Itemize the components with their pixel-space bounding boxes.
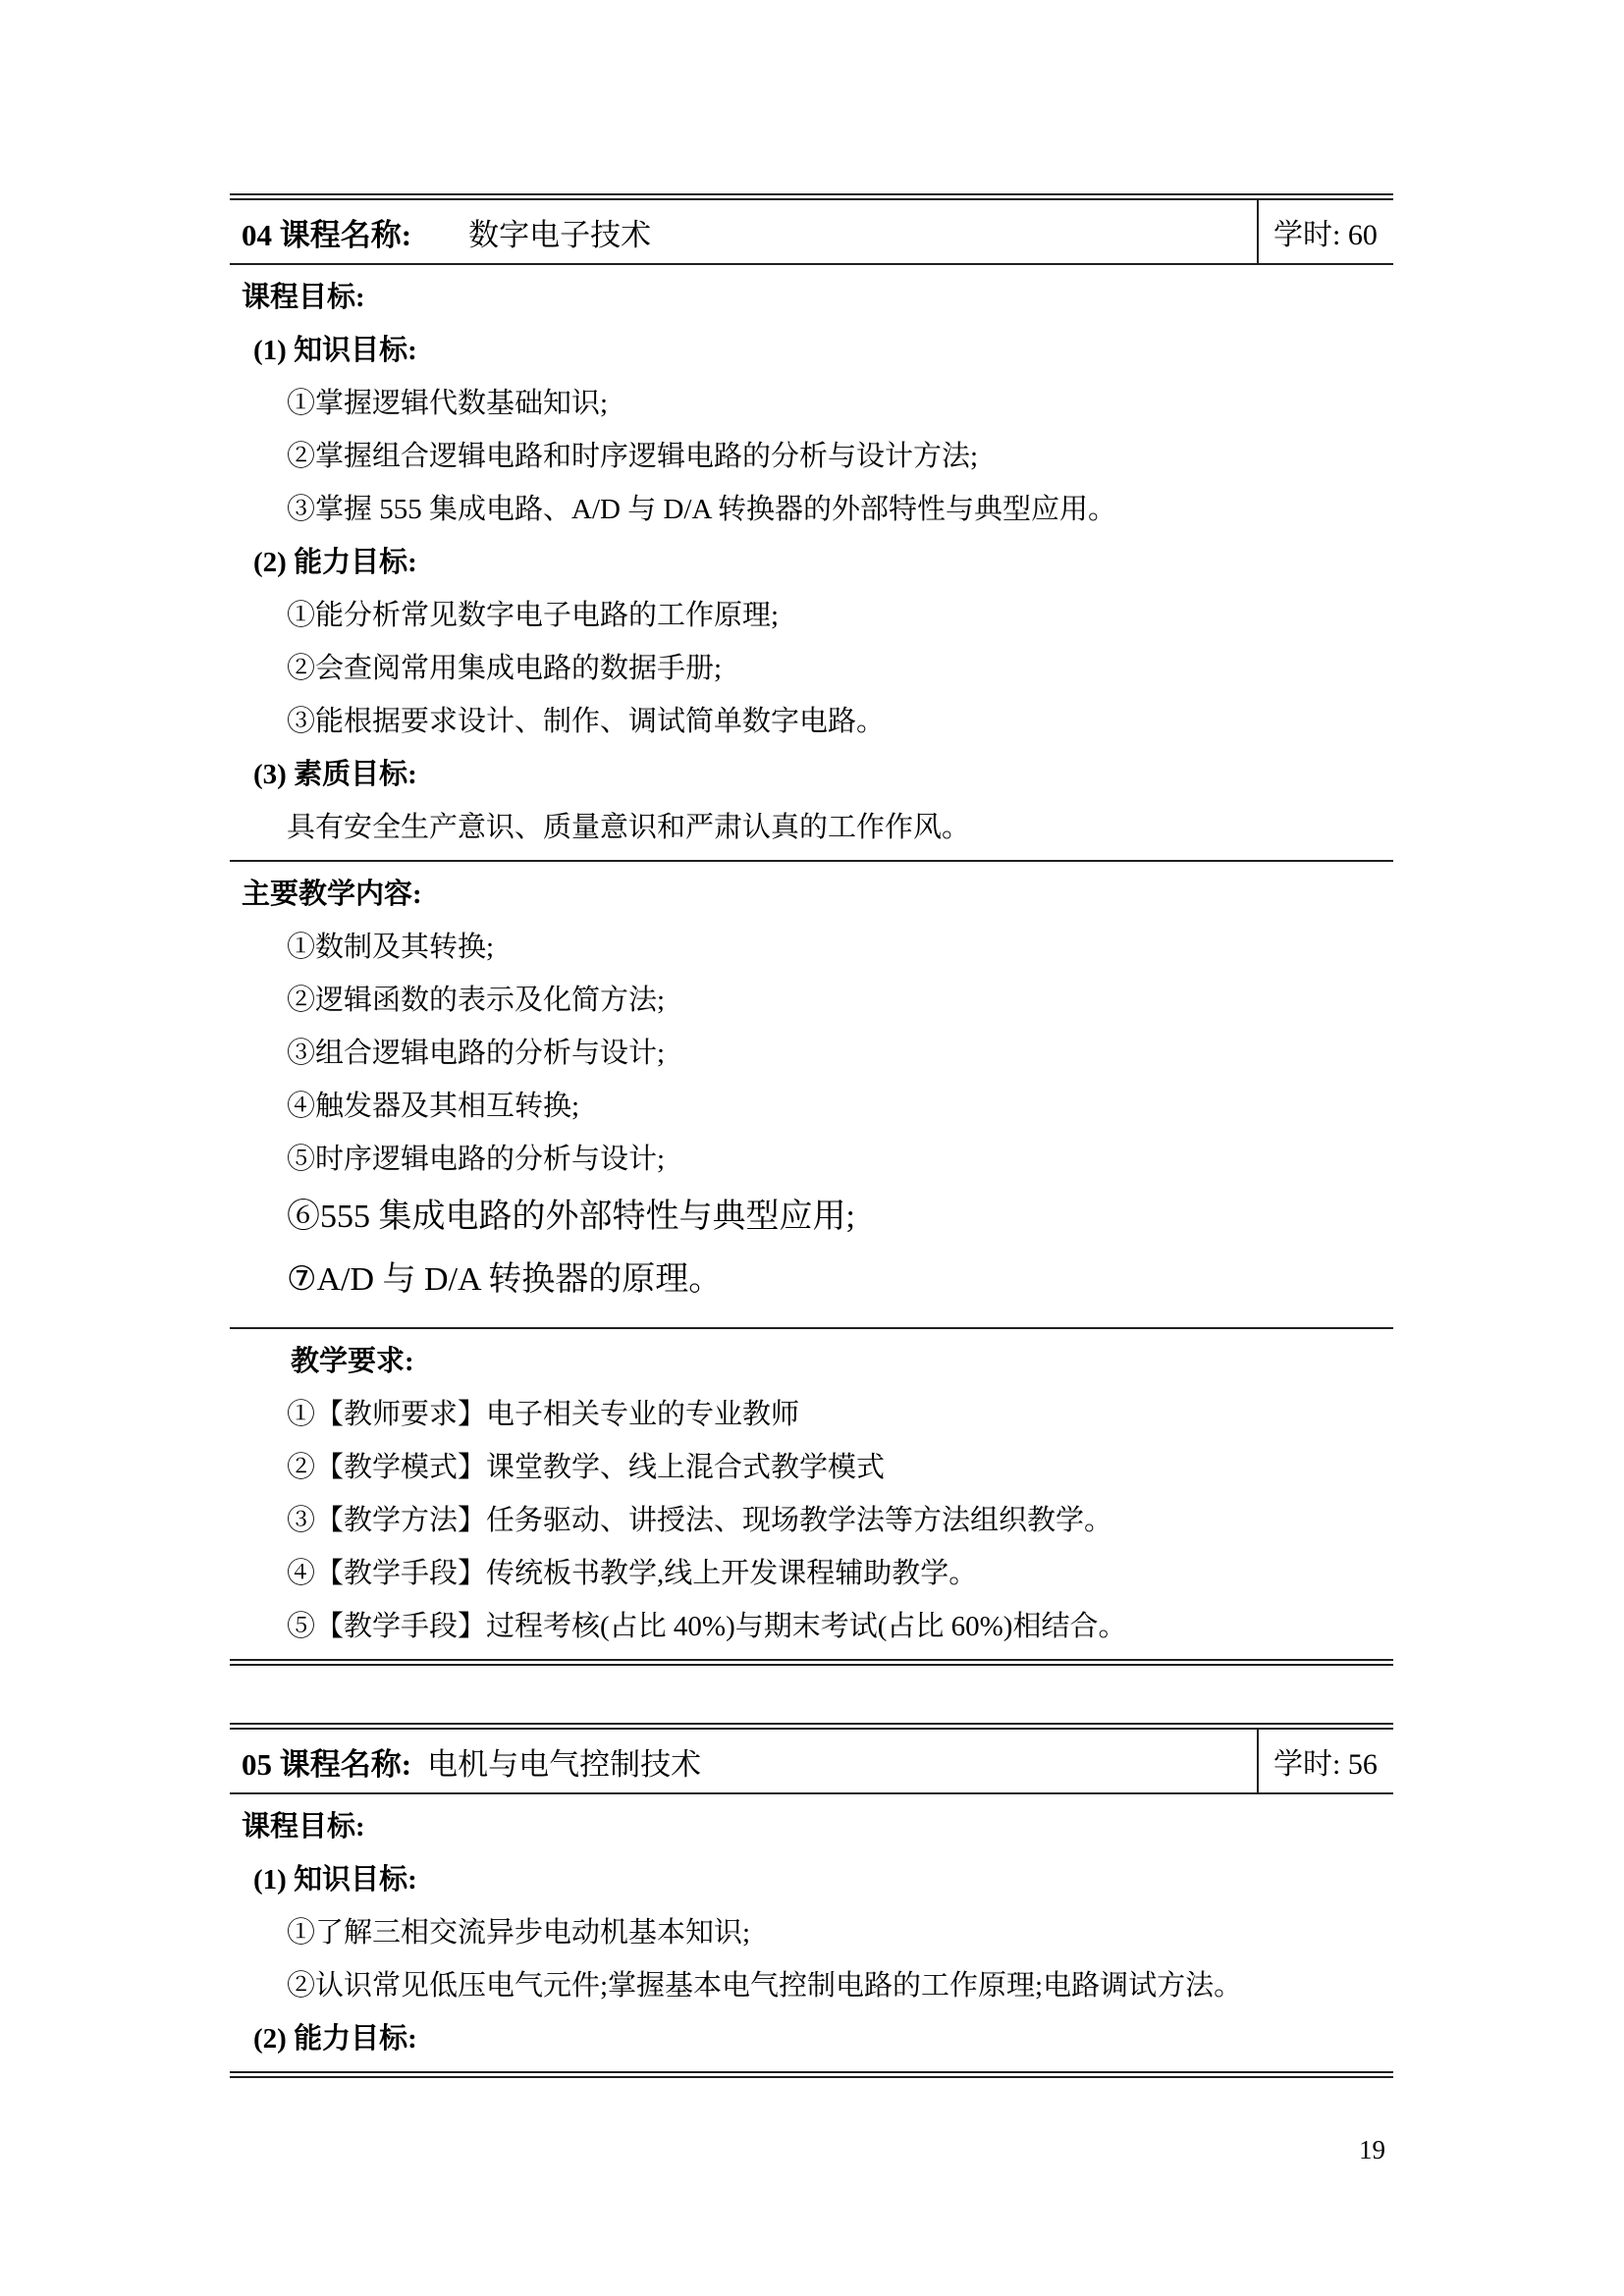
objective-subtitle: (2) 能力目标: xyxy=(242,536,1383,589)
course-number-label: 04 课程名称: xyxy=(242,210,411,254)
course-number-label: 05 课程名称: xyxy=(242,1739,411,1784)
section-course-objectives: 课程目标: (1) 知识目标: ①了解三相交流异步电动机基本知识; ②认识常见低… xyxy=(230,1794,1393,2078)
content-item: ④触发器及其相互转换; xyxy=(242,1080,1383,1133)
course-hours-label: 学时: 56 xyxy=(1273,1739,1378,1783)
course-table-04: 04 课程名称: 数字电子技术 学时: 60 课程目标: (1) 知识目标: ①… xyxy=(230,193,1393,1666)
page-number: 19 xyxy=(1359,2130,1385,2169)
objective-item: ①掌握逻辑代数基础知识; xyxy=(242,377,1383,430)
section-title: 课程目标: xyxy=(242,271,1383,324)
content-item: ②逻辑函数的表示及化简方法; xyxy=(242,974,1383,1027)
course-04-header-row: 04 课程名称: 数字电子技术 学时: 60 xyxy=(230,193,1393,265)
content-item: ⑥555 集成电路的外部特性与典型应用; xyxy=(242,1186,1383,1249)
requirement-item: ④【教学手段】传统板书教学,线上开发课程辅助教学。 xyxy=(242,1547,1383,1600)
section-course-objectives: 课程目标: (1) 知识目标: ①掌握逻辑代数基础知识; ②掌握组合逻辑电路和时… xyxy=(230,265,1393,862)
section-title: 课程目标: xyxy=(242,1800,1383,1853)
objective-item: ③掌握 555 集成电路、A/D 与 D/A 转换器的外部特性与典型应用。 xyxy=(242,483,1383,536)
document-page: 04 课程名称: 数字电子技术 学时: 60 课程目标: (1) 知识目标: ①… xyxy=(0,0,1624,2296)
course-hours-cell: 学时: 56 xyxy=(1257,1730,1393,1792)
objective-subtitle: (1) 知识目标: xyxy=(242,324,1383,377)
course-05-header-left-cell: 05 课程名称: 电机与电气控制技术 xyxy=(230,1730,1257,1792)
section-title: 教学要求: xyxy=(242,1335,1383,1388)
objective-subtitle: (1) 知识目标: xyxy=(242,1853,1383,1906)
course-05-header-row: 05 课程名称: 电机与电气控制技术 学时: 56 xyxy=(230,1723,1393,1794)
objective-item: ①能分析常见数字电子电路的工作原理; xyxy=(242,589,1383,642)
course-hours-cell: 学时: 60 xyxy=(1257,200,1393,263)
objective-item: ③能根据要求设计、制作、调试简单数字电路。 xyxy=(242,695,1383,748)
section-teaching-requirements: 教学要求: ①【教师要求】电子相关专业的专业教师 ②【教学模式】课堂教学、线上混… xyxy=(230,1329,1393,1666)
course-04-header-left-cell: 04 课程名称: 数字电子技术 xyxy=(230,200,1257,263)
requirement-item: ⑤【教学手段】过程考核(占比 40%)与期末考试(占比 60%)相结合。 xyxy=(242,1600,1383,1653)
requirement-item: ②【教学模式】课堂教学、线上混合式教学模式 xyxy=(242,1441,1383,1494)
requirement-item: ①【教师要求】电子相关专业的专业教师 xyxy=(242,1388,1383,1441)
section-title: 主要教学内容: xyxy=(242,868,1383,921)
requirement-item: ③【教学方法】任务驱动、讲授法、现场教学法等方法组织教学。 xyxy=(242,1494,1383,1547)
course-title: 电机与电气控制技术 xyxy=(427,1739,701,1784)
section-teaching-content: 主要教学内容: ①数制及其转换; ②逻辑函数的表示及化简方法; ③组合逻辑电路的… xyxy=(230,862,1393,1329)
objective-item: ①了解三相交流异步电动机基本知识; xyxy=(242,1906,1383,1959)
content-item: ⑦A/D 与 D/A 转换器的原理。 xyxy=(242,1249,1383,1311)
objective-subtitle: (2) 能力目标: xyxy=(242,2012,1383,2065)
objective-subtitle: (3) 素质目标: xyxy=(242,748,1383,801)
objective-item: ②会查阅常用集成电路的数据手册; xyxy=(242,642,1383,695)
course-hours-label: 学时: 60 xyxy=(1273,210,1378,253)
objective-item: 具有安全生产意识、质量意识和严肃认真的工作作风。 xyxy=(242,801,1383,854)
course-title: 数字电子技术 xyxy=(468,210,651,254)
objective-item: ②掌握组合逻辑电路和时序逻辑电路的分析与设计方法; xyxy=(242,430,1383,483)
content-item: ①数制及其转换; xyxy=(242,921,1383,974)
content-item: ③组合逻辑电路的分析与设计; xyxy=(242,1027,1383,1080)
objective-item: ②认识常见低压电气元件;掌握基本电气控制电路的工作原理;电路调试方法。 xyxy=(242,1959,1383,2012)
content-item: ⑤时序逻辑电路的分析与设计; xyxy=(242,1133,1383,1186)
course-table-05: 05 课程名称: 电机与电气控制技术 学时: 56 课程目标: (1) 知识目标… xyxy=(230,1723,1393,2078)
